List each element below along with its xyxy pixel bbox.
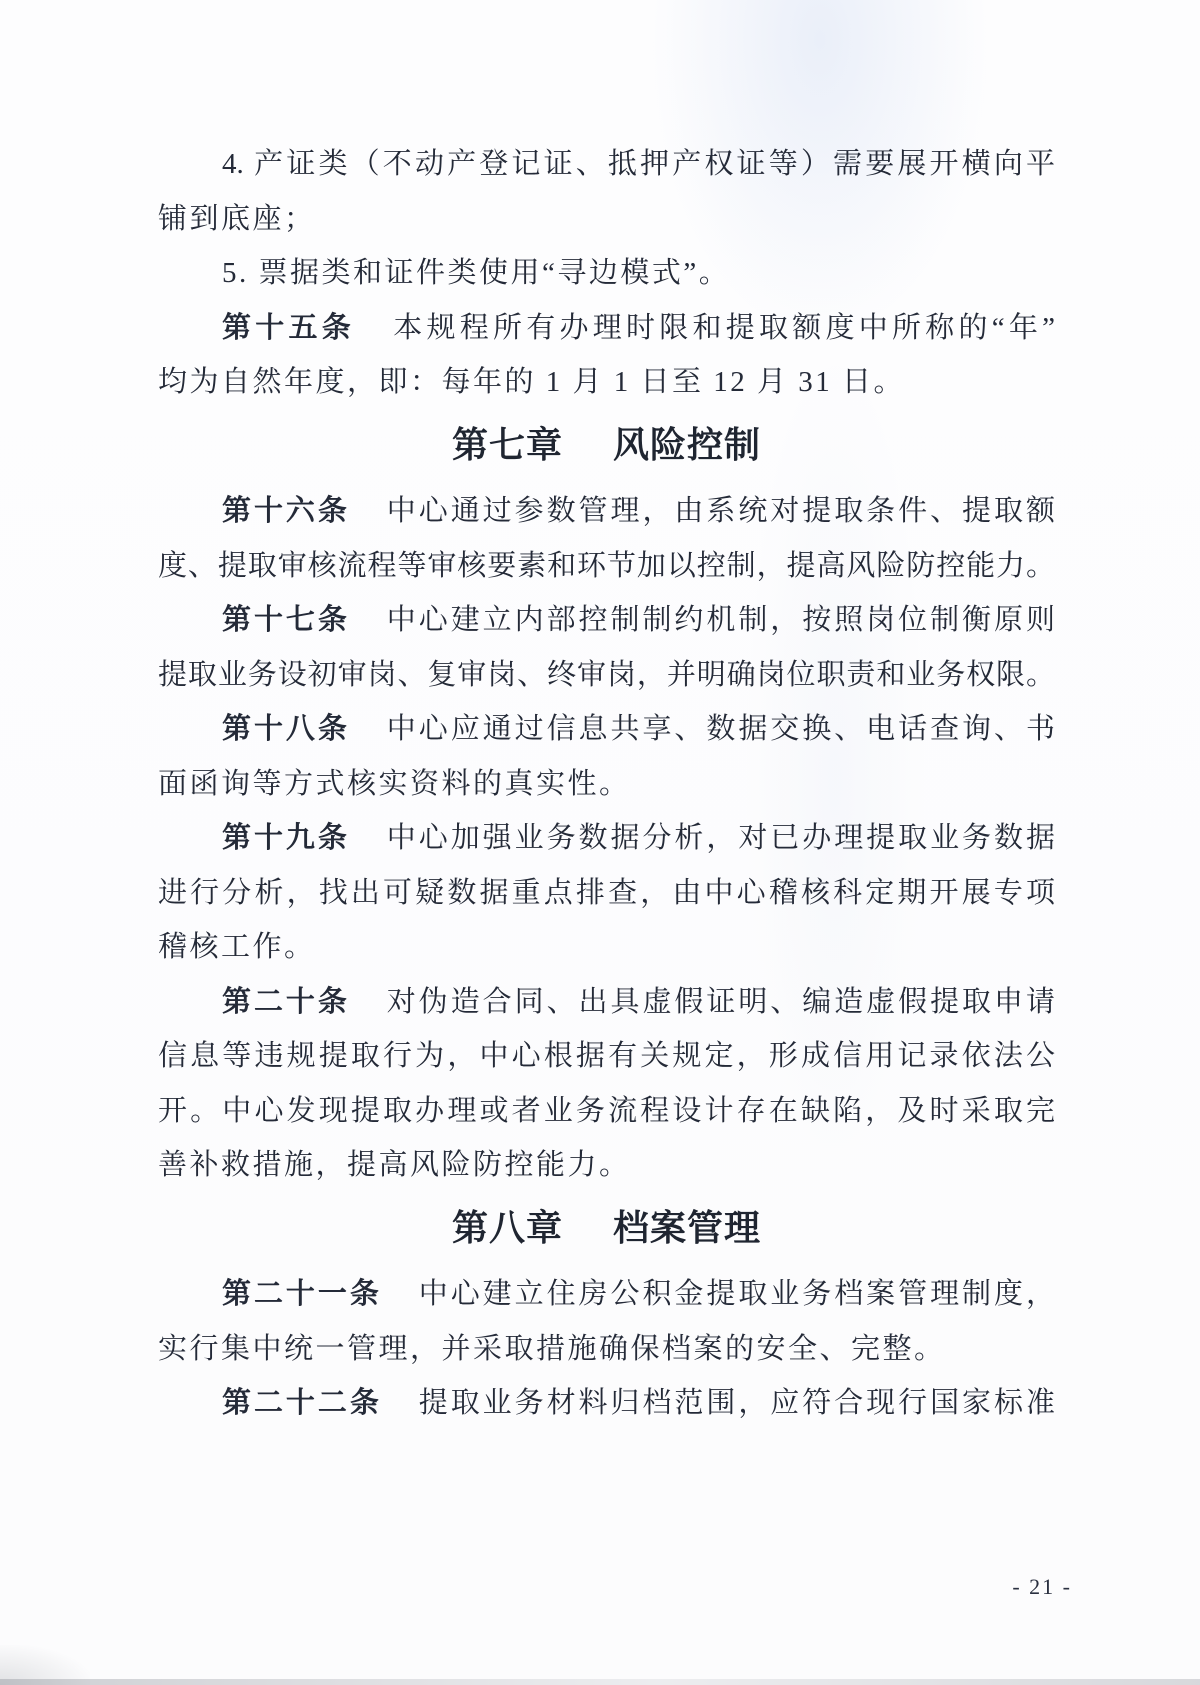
article-number: 第二十条 [222, 986, 350, 1018]
text-run: 面函询等方式核实资料的真实性。 [158, 768, 631, 800]
text-run: 善补救措施，提高风险防控能力。 [158, 1149, 631, 1181]
text-line: 实行集中统一管理，并采取措施确保档案的安全、完整。 [158, 1322, 1055, 1377]
article-number: 第十五条 [222, 312, 355, 344]
text-line: 第十九条中心加强业务数据分析，对已办理提取业务数据 [158, 811, 1055, 866]
text-run: 均为自然年度，即：每年的 1 月 1 日至 12 月 31 日。 [158, 366, 905, 398]
text-run: 中心加强业务数据分析，对已办理提取业务数据 [384, 822, 1055, 854]
text-run: 进行分析，找出可疑数据重点排查，由中心稽核科定期开展专项 [158, 877, 1055, 909]
text-run: 提取业务材料归档范围，应符合现行国家标准 [416, 1387, 1055, 1419]
scan-bottom-edge [0, 1679, 1200, 1685]
text-line: 面函询等方式核实资料的真实性。 [158, 757, 1055, 812]
text-line: 第十七条中心建立内部控制制约机制，按照岗位制衡原则 [158, 593, 1055, 648]
chapter-title: 风险控制 [613, 424, 761, 465]
text-run: 稽核工作。 [158, 931, 316, 963]
text-run: 开。中心发现提取办理或者业务流程设计存在缺陷，及时采取完 [158, 1095, 1055, 1127]
text-run: 对伪造合同、出具虚假证明、编造虚假提取申请 [384, 986, 1055, 1018]
chapter-heading: 第七章风险控制 [158, 418, 1055, 473]
text-line: 第十八条中心应通过信息共享、数据交换、电话查询、书 [158, 702, 1055, 757]
article-number: 第十九条 [222, 822, 350, 854]
chapter-heading: 第八章档案管理 [158, 1201, 1055, 1256]
text-line: 稽核工作。 [158, 920, 1055, 975]
article-number: 第十七条 [222, 604, 350, 636]
text-run: 信息等违规提取行为，中心根据有关规定，形成信用记录依法公 [158, 1040, 1055, 1072]
text-run: 中心应通过信息共享、数据交换、电话查询、书 [384, 713, 1055, 745]
chapter-number: 第八章 [452, 1207, 563, 1248]
text-line: 信息等违规提取行为，中心根据有关规定，形成信用记录依法公 [158, 1029, 1055, 1084]
text-run: 实行集中统一管理，并采取措施确保档案的安全、完整。 [158, 1333, 946, 1365]
text-run: 铺到底座； [158, 203, 316, 235]
article-number: 第十六条 [222, 495, 350, 527]
chapter-title: 档案管理 [613, 1207, 761, 1248]
text-run: 本规程所有办理时限和提取额度中所称的“年” [389, 312, 1055, 344]
text-line: 第十六条中心通过参数管理，由系统对提取条件、提取额 [158, 484, 1055, 539]
text-line: 第十五条本规程所有办理时限和提取额度中所称的“年” [158, 301, 1055, 356]
page-body: 4. 产证类（不动产登记证、抵押产权证等）需要展开横向平铺到底座；5. 票据类和… [158, 137, 1055, 1431]
text-line: 第二十条对伪造合同、出具虚假证明、编造虚假提取申请 [158, 975, 1055, 1030]
text-line: 5. 票据类和证件类使用“寻边模式”。 [158, 246, 1055, 301]
text-run: 中心通过参数管理，由系统对提取条件、提取额 [384, 495, 1055, 527]
text-run: 中心建立住房公积金提取业务档案管理制度， [416, 1278, 1055, 1310]
text-line: 均为自然年度，即：每年的 1 月 1 日至 12 月 31 日。 [158, 355, 1055, 410]
text-run: 4. 产证类（不动产登记证、抵押产权证等）需要展开横向平 [222, 148, 1055, 180]
text-line: 善补救措施，提高风险防控能力。 [158, 1138, 1055, 1193]
text-line: 第二十二条提取业务材料归档范围，应符合现行国家标准 [158, 1376, 1055, 1431]
chapter-number: 第七章 [452, 424, 563, 465]
article-number: 第二十二条 [222, 1387, 382, 1419]
text-line: 铺到底座； [158, 192, 1055, 247]
text-line: 进行分析，找出可疑数据重点排查，由中心稽核科定期开展专项 [158, 866, 1055, 921]
text-line: 4. 产证类（不动产登记证、抵押产权证等）需要展开横向平 [158, 137, 1055, 192]
text-run: 提取业务设初审岗、复审岗、终审岗，并明确岗位职责和业务权限。 [158, 659, 1055, 691]
text-run: 中心建立内部控制制约机制，按照岗位制衡原则 [384, 604, 1055, 636]
text-run: 度、提取审核流程等审核要素和环节加以控制，提高风险防控能力。 [158, 550, 1055, 582]
text-line: 提取业务设初审岗、复审岗、终审岗，并明确岗位职责和业务权限。 [158, 648, 1055, 703]
article-number: 第十八条 [222, 713, 350, 745]
text-run: 5. 票据类和证件类使用“寻边模式”。 [222, 257, 730, 289]
text-line: 开。中心发现提取办理或者业务流程设计存在缺陷，及时采取完 [158, 1084, 1055, 1139]
article-number: 第二十一条 [222, 1278, 382, 1310]
page-number: - 21 - [1012, 1574, 1072, 1600]
text-line: 度、提取审核流程等审核要素和环节加以控制，提高风险防控能力。 [158, 539, 1055, 594]
scanned-document-page: { "document": { "kind": "scanned-regulat… [0, 0, 1200, 1685]
text-line: 第二十一条中心建立住房公积金提取业务档案管理制度， [158, 1267, 1055, 1322]
